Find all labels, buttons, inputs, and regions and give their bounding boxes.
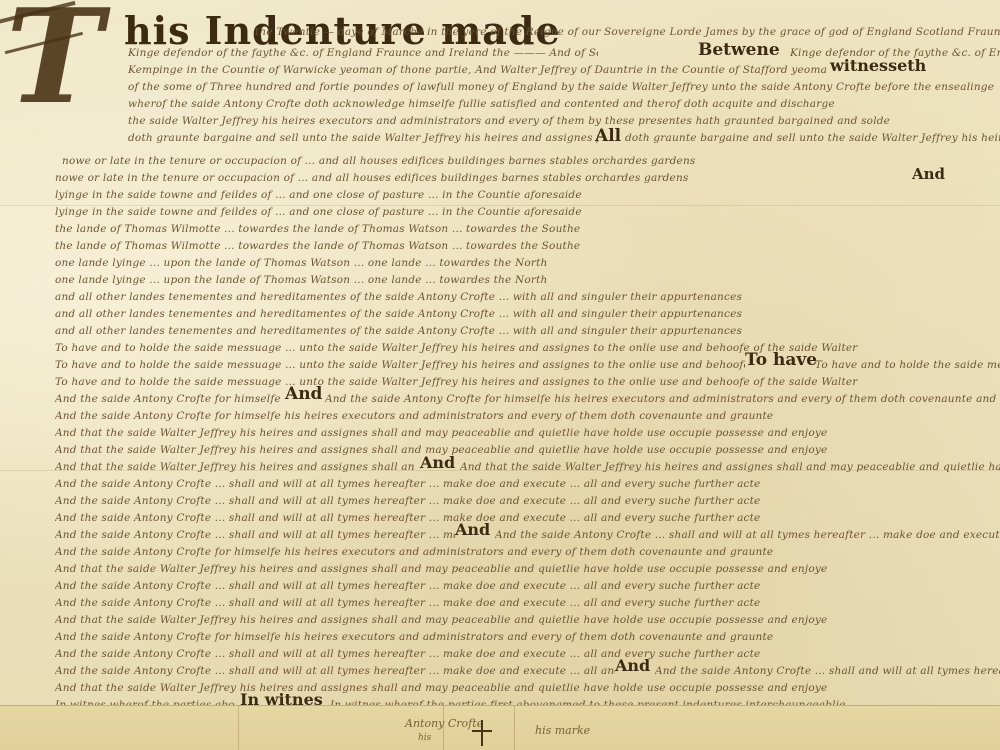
- text-line: And that the saide Walter Jeffrey his he…: [55, 444, 1000, 456]
- turn-up-seam: [238, 705, 239, 750]
- text-line: And the saide Antony Crofte for himselfe…: [55, 631, 1000, 643]
- signature-right: his marke: [535, 724, 590, 737]
- cross-mark-icon: [472, 730, 492, 732]
- cross-mark-icon: [481, 720, 483, 746]
- text-line: the saide Walter Jeffrey his heires exec…: [128, 115, 1000, 127]
- text-line: And the saide Antony Crofte ... shall an…: [55, 665, 615, 677]
- text-line: To have and to holde the saide messuage …: [55, 342, 1000, 354]
- text-line: And the saide Antony Crofte ... shall an…: [55, 512, 1000, 524]
- text-line: of the some of Three hundred and fortie …: [128, 81, 1000, 93]
- keyword-and: And: [615, 656, 650, 675]
- keyword-and: And: [420, 453, 455, 472]
- text-line: and all other landes tenementes and here…: [55, 325, 1000, 337]
- decorated-initial: T: [0, 0, 118, 140]
- initial-letter: T: [6, 0, 97, 122]
- keyword-witnesseth: witnesseth: [830, 56, 926, 75]
- text-line: doth graunte bargaine and sell unto the …: [625, 132, 1000, 144]
- text-line: lyinge in the saide towne and feildes of…: [55, 206, 1000, 218]
- text-line: nowe or late in the tenure or occupacion…: [55, 172, 915, 184]
- text-line: one lande lyinge ... upon the lande of T…: [55, 274, 1000, 286]
- text-line: And the saide Antony Crofte ... shall an…: [655, 665, 1000, 677]
- text-line: And the saide Antony Crofte for himselfe…: [55, 546, 1000, 558]
- text-line: And that the saide Walter Jeffrey his he…: [55, 563, 1000, 575]
- text-line: wherof the saide Antony Crofte doth ackn…: [128, 98, 1000, 110]
- signature-left: Antony Crofte: [405, 717, 483, 730]
- text-line: one lande lyinge ... upon the lande of T…: [55, 257, 1000, 269]
- keyword-and: And: [455, 520, 490, 539]
- text-line: And the saide Antony Crofte ... shall an…: [55, 495, 1000, 507]
- text-line: Kinge defendor of the faythe &c. of Engl…: [128, 47, 598, 59]
- text-line: To have and to holde the saide messuage …: [815, 359, 1000, 371]
- text-line: the lande of Thomas Wilmotte ... towarde…: [55, 223, 1000, 235]
- text-line: the lande of Thomas Wilmotte ... towarde…: [55, 240, 1000, 252]
- text-line: And the saide Antony Crofte ... shall an…: [495, 529, 1000, 541]
- text-line: Kempinge in the Countie of Warwicke yeom…: [128, 64, 828, 76]
- keyword-to-have: To have: [745, 350, 817, 370]
- text-line: and all other landes tenementes and here…: [55, 291, 1000, 303]
- text-line: And that the saide Walter Jeffrey his he…: [55, 461, 415, 473]
- text-line: To have and to holde the saide messuage …: [55, 376, 1000, 388]
- text-line: And that the saide Walter Jeffrey his he…: [460, 461, 1000, 473]
- text-line: And that the saide Walter Jeffrey his he…: [55, 427, 1000, 439]
- text-line: And the saide Antony Crofte for himselfe…: [55, 393, 285, 405]
- keyword-all: All: [595, 126, 621, 146]
- signature-left-sub: his: [418, 733, 431, 743]
- text-line: nowe or late in the tenure or occupacion…: [62, 155, 1000, 167]
- text-line: the Twentie — daye of Marche in the yere…: [255, 26, 1000, 38]
- text-line: And the saide Antony Crofte ... shall an…: [55, 648, 1000, 660]
- text-line: And that the saide Walter Jeffrey his he…: [55, 682, 1000, 694]
- text-line: And the saide Antony Crofte ... shall an…: [55, 580, 1000, 592]
- text-line: And the saide Antony Crofte ... shall an…: [55, 478, 1000, 490]
- text-line: And that the saide Walter Jeffrey his he…: [55, 614, 1000, 626]
- text-line: doth graunte bargaine and sell unto the …: [128, 132, 598, 144]
- text-line: And the saide Antony Crofte for himselfe…: [55, 410, 1000, 422]
- keyword-and: And: [285, 384, 322, 404]
- text-line: And the saide Antony Crofte ... shall an…: [55, 597, 1000, 609]
- text-line: lyinge in the saide towne and feildes of…: [55, 189, 1000, 201]
- keyword-and: And: [912, 165, 945, 183]
- text-line: And the saide Antony Crofte for himselfe…: [325, 393, 1000, 405]
- text-line: And the saide Antony Crofte ... shall an…: [55, 529, 455, 541]
- text-line: To have and to holde the saide messuage …: [55, 359, 745, 371]
- text-line: and all other landes tenementes and here…: [55, 308, 1000, 320]
- keyword-betwene: Betwene: [698, 40, 780, 60]
